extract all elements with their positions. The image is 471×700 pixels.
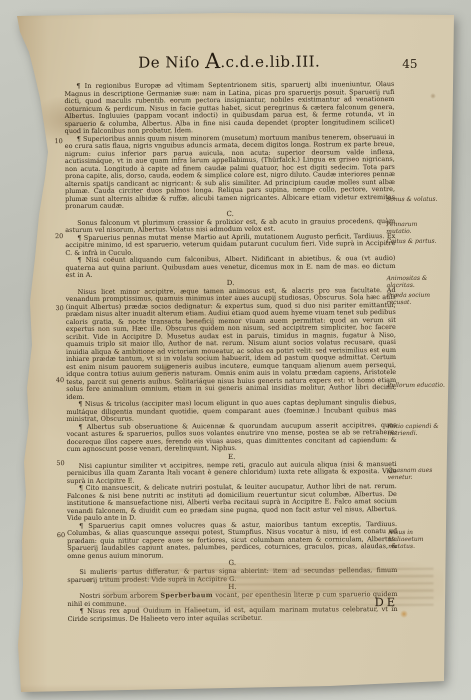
margin-note: Ratio capiendi & nutriendi. (387, 423, 445, 437)
paragraph: ¶ Nisus & tricolus (accipiter mas) locum… (66, 399, 396, 424)
margin-note: Quasnam aues venetur. (388, 467, 446, 481)
line-number-50: 50 (51, 459, 65, 467)
margin-note: Sonus & volatus. (386, 196, 444, 203)
book-page: De Niſo A.c.d.e.lib.III. 45 10 20 30 40 … (0, 0, 471, 700)
margin-note: Pennarum mutatio. (386, 221, 444, 235)
paragraph: ¶ Cito mansuescit, & delicate nutriri po… (67, 483, 397, 523)
paragraph: Nisus licet minor accipitre, æque tamen … (66, 287, 397, 402)
line-number-40: 40 (50, 376, 64, 384)
page-number: 45 (402, 57, 417, 71)
bleedthrough-area (93, 562, 443, 622)
paragraph: ¶ Nisi coëunt aliquando cum falconibus, … (65, 255, 395, 280)
line-number-30: 30 (50, 304, 64, 312)
margin-note: Pullorum educatio. (387, 382, 445, 389)
margin-note: Nisus in Haliaeetum mutatus. (388, 529, 446, 550)
paper-sheet: De Niſo A.c.d.e.lib.III. 45 10 20 30 40 … (0, 0, 471, 700)
running-header: De Niſo A.c.d.e.lib.III. (64, 51, 394, 72)
catchword: DE (375, 595, 399, 609)
page-content: De Niſo A.c.d.e.lib.III. 45 10 20 30 40 … (0, 0, 471, 700)
paragraph: ¶ Superioribus annis quum nisum minorem … (65, 134, 395, 211)
paragraph: ¶ Sparuerius capit omnes volucres quas &… (67, 521, 397, 561)
photo-backdrop: De Niſo A.c.d.e.lib.III. 45 10 20 30 40 … (0, 0, 471, 700)
margin-note: Animositas & alacritas. (387, 275, 445, 289)
paragraph: ¶ Albertus sub obseruatione & Auicennæ &… (66, 422, 396, 454)
text-column: ¶ In regionibus Europæ ad vltimam Septen… (64, 81, 397, 623)
header-title-suffix: .c.d.e.lib.III. (220, 52, 320, 71)
paragraph: ¶ In regionibus Europæ ad vltimam Septen… (64, 81, 394, 136)
line-number-10: 10 (49, 137, 63, 145)
header-title-prefix: De Niſo (138, 53, 205, 71)
margin-note: Præda socium recusat. (387, 292, 445, 306)
line-number-20: 20 (49, 232, 63, 240)
margin-note: Coitus & partus. (386, 238, 444, 245)
line-number-60: 60 (51, 531, 65, 539)
header-title-capital: A (205, 49, 220, 73)
